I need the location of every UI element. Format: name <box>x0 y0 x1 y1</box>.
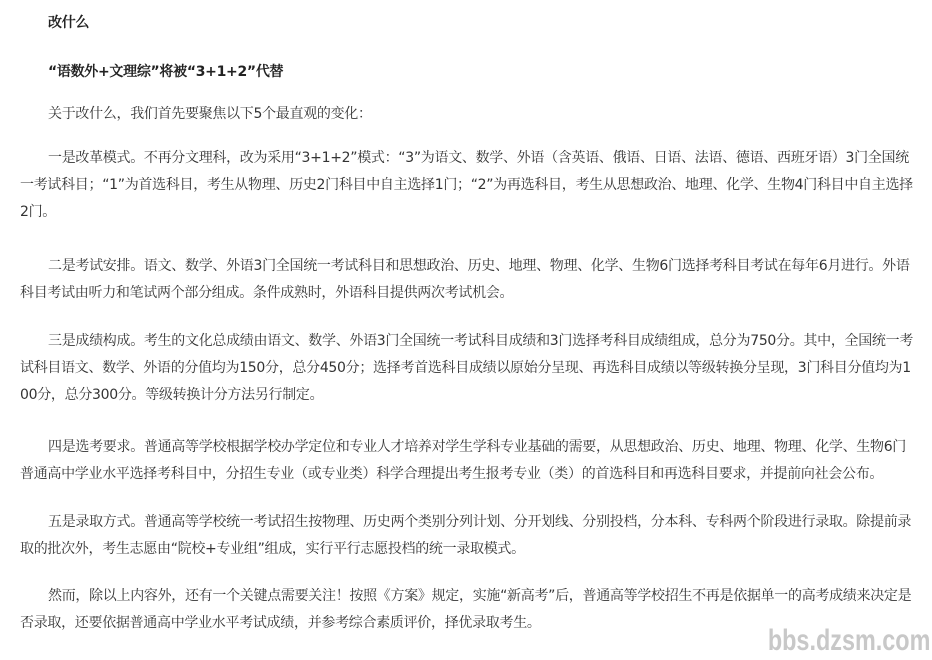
paragraph-admission-method: 五是录取方式。普通高等学校统一考试招生按物理、历史两个类别分列计划、分开划线、分… <box>20 509 916 563</box>
paragraph-exam-schedule: 二是考试安排。语文、数学、外语3门全国统一考试科目和思想政治、历史、地理、物理、… <box>20 253 916 307</box>
section-heading: 改什么 <box>20 10 916 37</box>
paragraph-subject-requirements: 四是选考要求。普通高等学校根据学校办学定位和专业人才培养对学生学科专业基础的需要… <box>20 434 916 488</box>
intro-paragraph: 关于改什么，我们首先要聚焦以下5个最直观的变化： <box>20 101 916 128</box>
paragraph-reform-mode: 一是改革模式。不再分文理科，改为采用“3+1+2”模式：“3”为语文、数学、外语… <box>20 145 916 226</box>
paragraph-score-composition: 三是成绩构成。考生的文化总成绩由语文、数学、外语3门全国统一考试科目成绩和3门选… <box>20 328 916 409</box>
watermark: bbs.dzsm.com <box>767 624 930 658</box>
subheading: “语数外+文理综”将被“3+1+2”代替 <box>20 59 916 86</box>
